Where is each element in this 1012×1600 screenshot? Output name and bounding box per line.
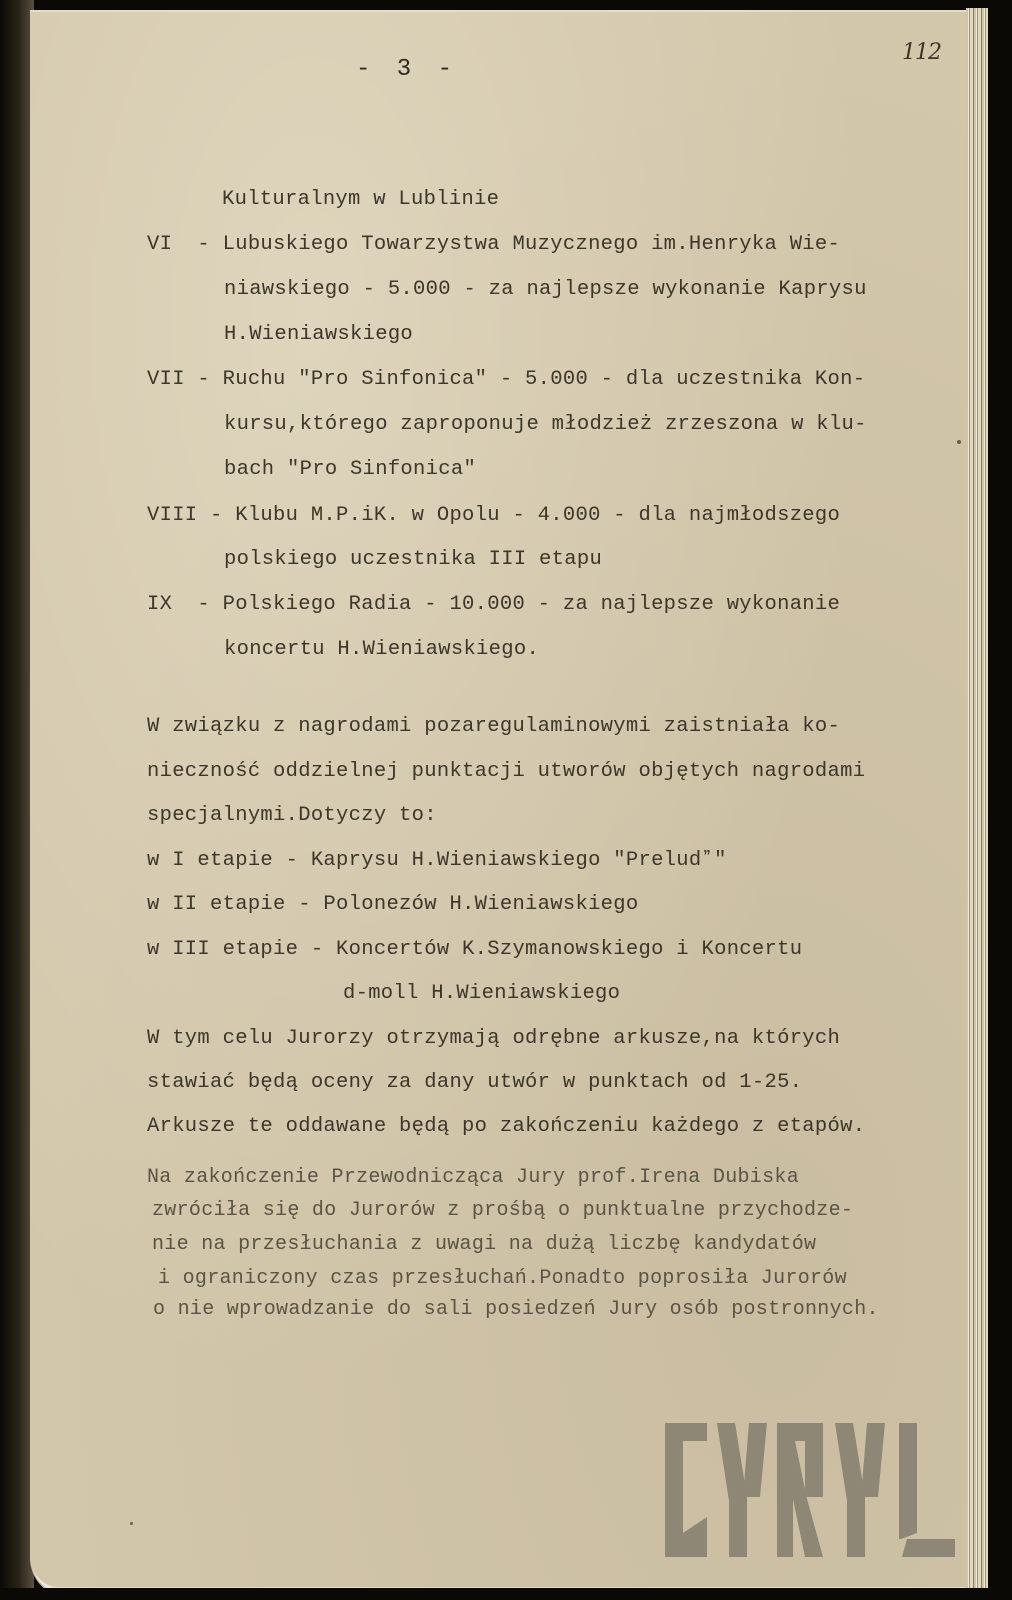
prize-item-vii: VII - Ruchu "Pro Sinfonica" - 5.000 - dl…: [147, 370, 865, 391]
stage-item-2: w II etapie - Polonezów H.Wieniawskiego: [147, 895, 638, 916]
text-line: Kulturalnym w Lublinie: [222, 190, 499, 211]
text-line: kursu,którego zaproponuje młodzież zrzes…: [224, 415, 867, 436]
text-line: H.Wieniawskiego: [224, 325, 413, 346]
closing-line: o nie wprowadzanie do sali posiedzeń Jur…: [153, 1300, 879, 1320]
paragraph-line: W związku z nagrodami pozaregulaminowymi…: [147, 717, 840, 738]
page-edges-right: [966, 8, 988, 1592]
paragraph-line: Arkusze te oddawane będą po zakończeniu …: [147, 1117, 865, 1138]
text-line: polskiego uczestnika III etapu: [224, 550, 602, 571]
paper-spot: [130, 1522, 133, 1525]
scan-border-top: [0, 0, 1012, 10]
closing-line: zwróciła się do Jurorów z prośbą o punkt…: [152, 1201, 853, 1221]
closing-line: Na zakończenie Przewodnicząca Jury prof.…: [147, 1168, 799, 1188]
paragraph-line: nieczność oddzielnej punktacji utworów o…: [147, 762, 865, 783]
paragraph-line: specjalnymi.Dotyczy to:: [147, 806, 437, 827]
scan-border-bottom: [0, 1588, 1012, 1600]
prize-item-vi: VI - Lubuskiego Towarzystwa Muzycznego i…: [147, 235, 840, 256]
scan-border-left: [0, 0, 34, 1600]
closing-line: nie na przesłuchania z uwagi na dużą lic…: [152, 1235, 816, 1255]
text-line: niawskiego - 5.000 - za najlepsze wykona…: [224, 280, 867, 301]
page-number: - 3 -: [356, 56, 458, 83]
cyryl-watermark-logo: [665, 1423, 955, 1557]
paragraph-line: stawiać będą oceny za dany utwór w punkt…: [147, 1073, 802, 1094]
closing-line: i ograniczony czas przesłuchań.Ponadto p…: [158, 1269, 847, 1289]
text-line: koncertu H.Wieniawskiego.: [224, 640, 539, 661]
stage-item-3: w III etapie - Koncertów K.Szymanowskieg…: [147, 940, 802, 961]
text-line: bach "Pro Sinfonica": [224, 460, 476, 481]
text-line: d-moll H.Wieniawskiego: [343, 984, 620, 1005]
paper-spot: [957, 440, 961, 444]
prize-item-viii: VIII - Klubu M.P.iK. w Opolu - 4.000 - d…: [147, 506, 840, 527]
prize-item-ix: IX - Polskiego Radia - 10.000 - za najle…: [147, 595, 840, 616]
scan-border-right: [988, 0, 1012, 1600]
handwritten-folio-number: 112: [902, 40, 941, 65]
paragraph-line: W tym celu Jurorzy otrzymają odrębne ark…: [147, 1029, 840, 1050]
stage-item-1: w I etapie - Kaprysu H.Wieniawskiego "Pr…: [147, 851, 727, 872]
